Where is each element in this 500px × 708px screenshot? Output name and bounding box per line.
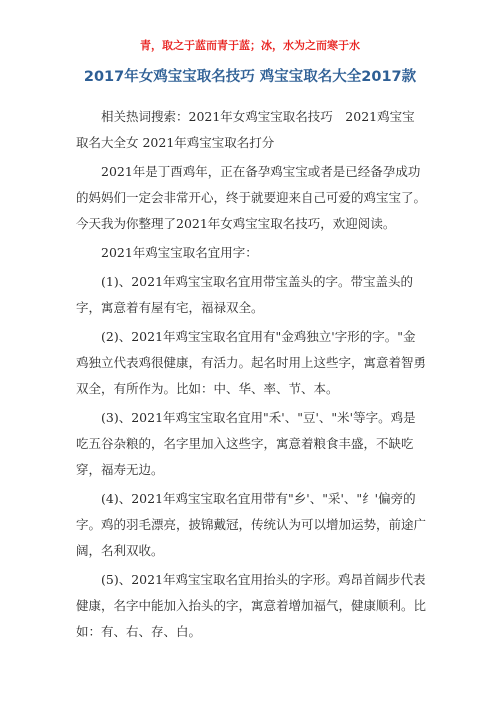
intro-paragraph: 2021年是丁酉鸡年，正在备孕鸡宝宝或者是已经备孕成功的妈妈们一定会非常开心，终… [76, 159, 426, 237]
document-body: 相关热词搜索：2021年女鸡宝宝取名技巧 2021鸡宝宝取名大全女 2021年鸡… [76, 104, 426, 645]
list-item-1: (1)、2021年鸡宝宝取名宜用带宝盖头的字。带宝盖头的字，寓意着有屋有宅，福禄… [76, 269, 426, 321]
list-item-2: (2)、2021年鸡宝宝取名宜用有"金鸡独立'字形的字。"金鸡独立代表鸡很健康，… [76, 324, 426, 402]
document-title: 2017年女鸡宝宝取名技巧 鸡宝宝取名大全2017款 [0, 65, 500, 86]
list-item-4: (4)、2021年鸡宝宝取名宜用带有"乡'、"采'、"纟'偏旁的字。鸡的羽毛漂亮… [76, 486, 426, 564]
section-heading: 2021年鸡宝宝取名宜用字： [76, 240, 426, 266]
header-motto: 青，取之于蓝而青于蓝；冰，水为之而寒于水 [0, 37, 500, 53]
list-item-5: (5)、2021年鸡宝宝取名宜用抬头的字形。鸡昂首阔步代表健康，名字中能加入抬头… [76, 567, 426, 645]
related-keywords-paragraph: 相关热词搜索：2021年女鸡宝宝取名技巧 2021鸡宝宝取名大全女 2021年鸡… [76, 104, 426, 156]
list-item-3: (3)、2021年鸡宝宝取名宜用"禾'、"豆'、"米'等字。鸡是吃五谷杂粮的，名… [76, 405, 426, 483]
